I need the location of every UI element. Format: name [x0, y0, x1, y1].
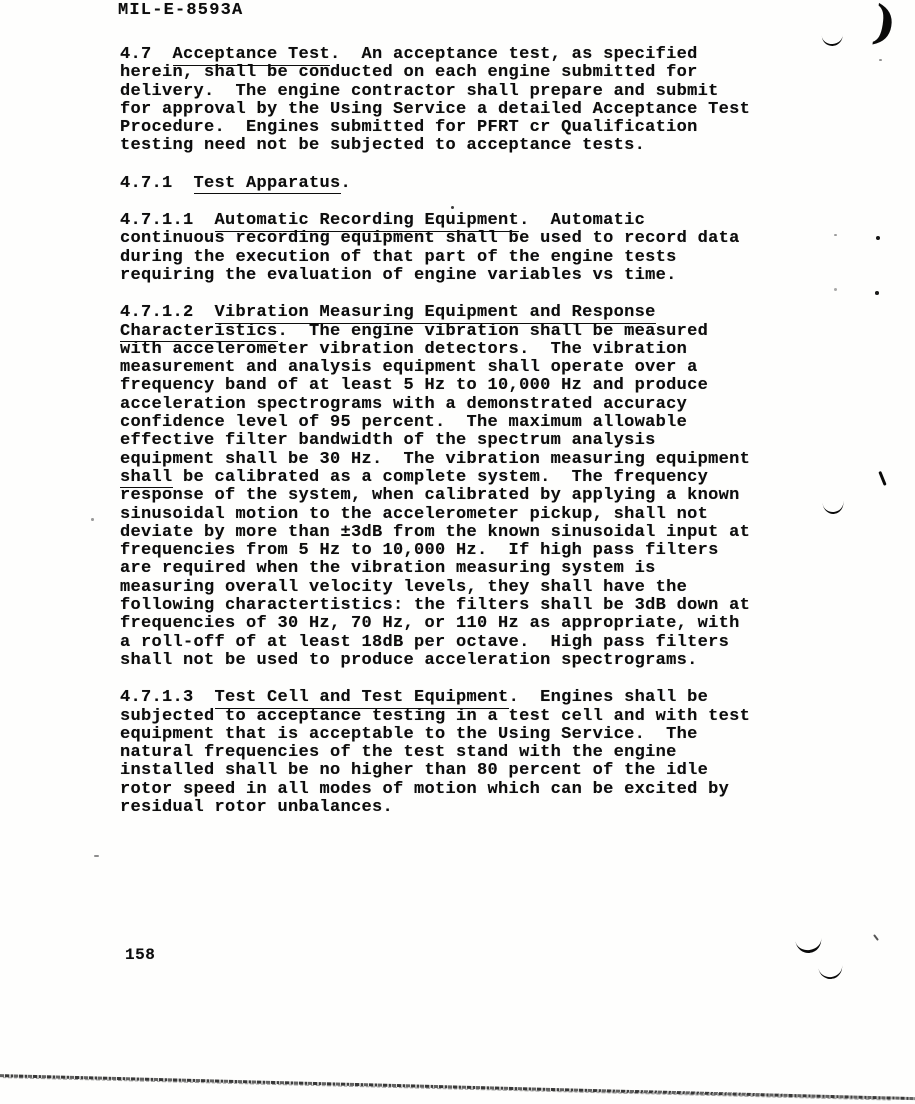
- text-line: 4.7.1.3 Test Cell and Test Equipment. En…: [120, 689, 800, 707]
- text-line: for approval by the Using Service a deta…: [120, 101, 800, 119]
- ink-smile-mark-icon: [822, 500, 844, 515]
- ink-smile-mark-icon: [818, 963, 844, 980]
- text-line: frequency band of at least 5 Hz to 10,00…: [120, 377, 800, 395]
- ink-speck: [875, 291, 879, 295]
- doc-id: MIL-E-8593A: [118, 1, 243, 20]
- text-line: frequencies of 30 Hz, 70 Hz, or 110 Hz a…: [120, 615, 800, 633]
- ink-speck: [94, 855, 99, 857]
- text-line: equipment that is acceptable to the Usin…: [120, 726, 800, 744]
- para-4-7-acceptance-test: 4.7 Acceptance Test. An acceptance test,…: [120, 46, 800, 156]
- text-line: 4.7.1.2 Vibration Measuring Equipment an…: [120, 304, 800, 322]
- text-line: Procedure. Engines submitted for PFRT cr…: [120, 119, 800, 137]
- ink-smile-mark-icon: [822, 33, 844, 46]
- text-line: installed shall be no higher than 80 per…: [120, 762, 800, 780]
- ink-slash-mark-icon: [878, 471, 886, 486]
- doc-body: 4.7 Acceptance Test. An acceptance test,…: [120, 46, 800, 817]
- text-line: equipment shall be 30 Hz. The vibration …: [120, 451, 800, 469]
- text-line: measuring overall velocity levels, they …: [120, 579, 800, 597]
- text-line: 4.7.1.1 Automatic Recording Equipment. A…: [120, 212, 800, 230]
- text-line: requiring the evaluation of engine varia…: [120, 267, 800, 285]
- text-line: effective filter bandwidth of the spectr…: [120, 432, 800, 450]
- para-4-7-1-2-vibration-measuring-equipment: 4.7.1.2 Vibration Measuring Equipment an…: [120, 304, 800, 670]
- text-line: response of the system, when calibrated …: [120, 487, 800, 505]
- ink-smile-mark-icon: [795, 936, 823, 954]
- text-line: deviate by more than ±3dB from the known…: [120, 524, 800, 542]
- para-4-7-1-3-test-cell-and-test-equipment: 4.7.1.3 Test Cell and Test Equipment. En…: [120, 689, 800, 817]
- ink-speck: [834, 234, 837, 236]
- text-line: confidence level of 95 percent. The maxi…: [120, 414, 800, 432]
- text-line: subjected to acceptance testing in a tes…: [120, 708, 800, 726]
- ink-speck: [834, 288, 837, 291]
- ink-grave-mark-icon: [873, 934, 879, 941]
- text-line: rotor speed in all modes of motion which…: [120, 781, 800, 799]
- text-line: a roll-off of at least 18dB per octave. …: [120, 634, 800, 652]
- text-line: residual rotor unbalances.: [120, 799, 800, 817]
- scan-edge-line: [0, 1074, 915, 1100]
- text-line: are required when the vibration measurin…: [120, 560, 800, 578]
- text-line: delivery. The engine contractor shall pr…: [120, 83, 800, 101]
- document-page: MIL-E-8593A 4.7 Acceptance Test. An acce…: [0, 0, 915, 1104]
- ink-speck: [879, 59, 882, 61]
- text-line: shall not be used to produce acceleratio…: [120, 652, 800, 670]
- text-line: following charactertistics: the filters …: [120, 597, 800, 615]
- text-line: 4.7 Acceptance Test. An acceptance test,…: [120, 46, 800, 64]
- text-line: during the execution of that part of the…: [120, 249, 800, 267]
- text-line: 4.7.1 Test Apparatus.: [120, 175, 800, 193]
- section-heading: 4.7.1 Test Apparatus.: [120, 175, 800, 193]
- text-line: continuous recording equipment shall be …: [120, 230, 800, 248]
- text-line: testing need not be subjected to accepta…: [120, 137, 800, 155]
- text-line: herein, shall be conducted on each engin…: [120, 64, 800, 82]
- text-line: natural frequencies of the test stand wi…: [120, 744, 800, 762]
- para-4-7-1-1-automatic-recording-equipment: 4.7.1.1 Automatic Recording Equipment. A…: [120, 212, 800, 285]
- ink-speck: [91, 518, 94, 521]
- text-line: with accelerometer vibration detectors. …: [120, 341, 800, 359]
- page-number: 158: [125, 946, 155, 964]
- text-line: frequencies from 5 Hz to 10,000 Hz. If h…: [120, 542, 800, 560]
- text-line: acceleration spectrograms with a demonst…: [120, 396, 800, 414]
- ink-speck: [451, 206, 454, 209]
- text-line: sinusoidal motion to the accelerometer p…: [120, 506, 800, 524]
- text-line: measurement and analysis equipment shall…: [120, 359, 800, 377]
- text-line: Characteristics. The engine vibration sh…: [120, 323, 800, 341]
- ink-paren-mark-icon: ): [869, 0, 900, 51]
- ink-speck: [876, 236, 880, 240]
- text-line: shall be calibrated as a complete system…: [120, 469, 800, 487]
